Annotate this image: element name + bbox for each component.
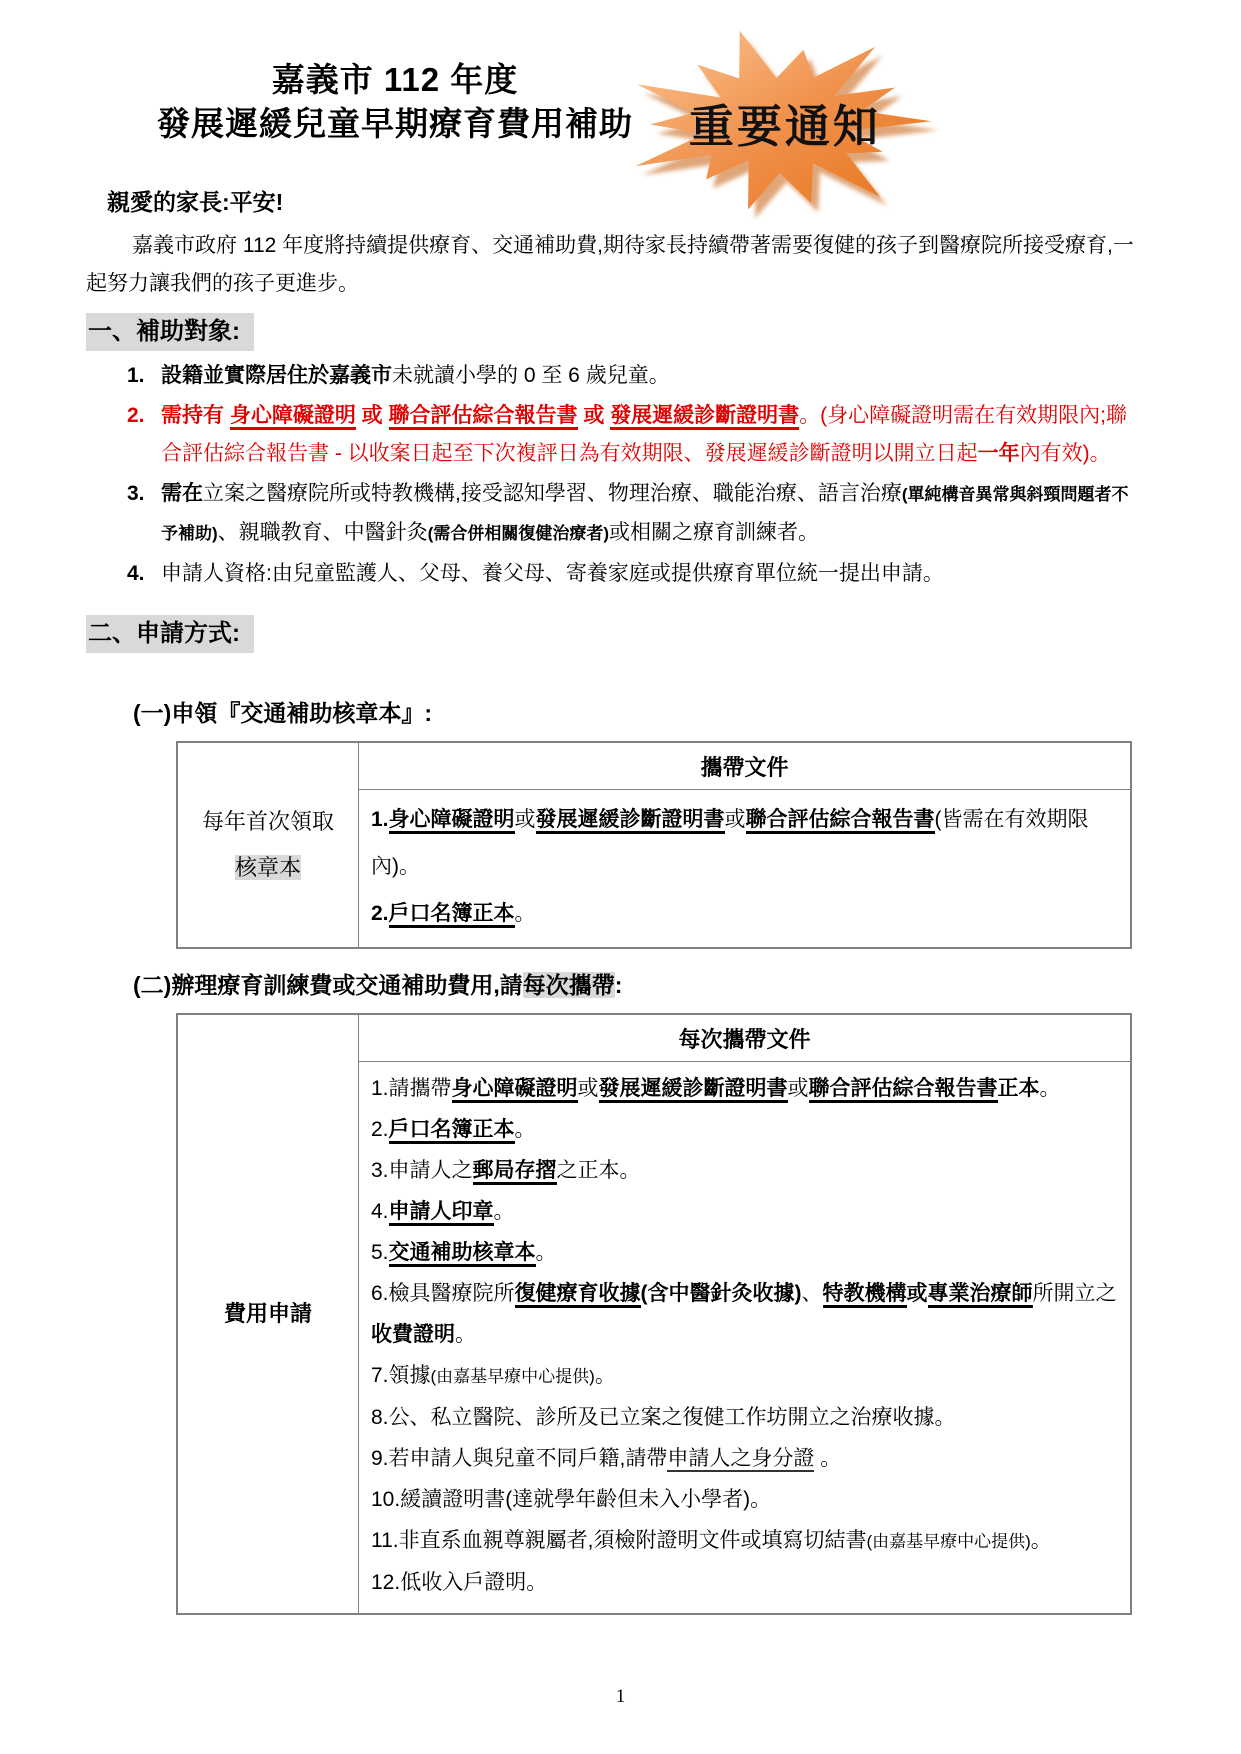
list-item: 3. 需在立案之醫療院所或特教機構,接受認知學習、物理治療、職能治療、語言治療(… [86, 475, 1137, 553]
table-row: 8.公、私立醫院、診所及已立案之復健工作坊開立之治療收據。 [371, 1397, 1122, 1438]
document-page: 嘉義市 112 年度 發展遲緩兒童早期療育費用補助 重要通知 親愛的家長:平安!… [0, 0, 1241, 1754]
sub1-heading: (一)申領『交通補助核章本』: [133, 695, 1137, 728]
section1-list: 1. 設籍並實際居住於嘉義市未就讀小學的 0 至 6 歲兒童。 2. 需持有 身… [86, 357, 1137, 593]
sub2-heading: (二)辦理療育訓練費或交通補助費用,請每次攜帶: [133, 967, 1137, 1000]
list-item: 4. 申請人資格:由兒童監護人、父母、養父母、寄養家庭或提供療育單位統一提出申請… [86, 555, 1137, 593]
greeting-line: 親愛的家長:平安! [107, 184, 1137, 217]
fee-application-table: 費用申請 每次攜帶文件 1.請攜帶身心障礙證明或發展遲緩診斷證明書或聯合評估綜合… [176, 1013, 1132, 1615]
intro-paragraph: 嘉義市政府 112 年度將持續提供療育、交通補助費,期待家長持續帶著需要復健的孩… [86, 227, 1137, 303]
list-item: 1. 設籍並實際居住於嘉義市未就讀小學的 0 至 6 歲兒童。 [86, 357, 1137, 395]
table-row: 12.低收入戶證明。 [371, 1562, 1122, 1603]
table-row: 4.申請人印章。 [371, 1191, 1122, 1232]
item-number: 4. [127, 555, 161, 593]
table-body-cell: 1.身心障礙證明或發展遲緩診斷證明書或聯合評估綜合報告書(皆需在有效期限內)。 … [359, 790, 1132, 949]
section2-heading: 二、申請方式: [86, 615, 1137, 653]
title-line-2: 發展遲緩兒童早期療育費用補助 [110, 102, 680, 146]
item-text: 需在立案之醫療院所或特教機構,接受認知學習、物理治療、職能治療、語言治療(單純構… [161, 475, 1137, 553]
page-title: 嘉義市 112 年度 發展遲緩兒童早期療育費用補助 [110, 58, 680, 145]
table-row: 2.戶口名簿正本。 [371, 1109, 1122, 1150]
item-number: 1. [127, 357, 161, 395]
page-number: 1 [0, 1686, 1241, 1708]
table-header: 攜帶文件 [359, 742, 1132, 790]
document-body: 親愛的家長:平安! 嘉義市政府 112 年度將持續提供療育、交通補助費,期待家長… [86, 184, 1137, 1615]
table-row: 7.領據(由嘉基早療中心提供)。 [371, 1355, 1122, 1397]
table-row: 1.身心障礙證明或發展遲緩診斷證明書或聯合評估綜合報告書(皆需在有效期限內)。 [371, 796, 1122, 890]
table-row: 5.交通補助核章本。 [371, 1232, 1122, 1273]
item-text: 申請人資格:由兒童監護人、父母、養父母、寄養家庭或提供療育單位統一提出申請。 [161, 555, 1137, 593]
item-text: 設籍並實際居住於嘉義市未就讀小學的 0 至 6 歲兒童。 [161, 357, 1137, 395]
table-header: 每次攜帶文件 [359, 1014, 1132, 1062]
table-side-cell: 費用申請 [177, 1014, 359, 1614]
table-row: 3.申請人之郵局存摺之正本。 [371, 1150, 1122, 1191]
item-number: 2. [127, 397, 161, 473]
list-item: 2. 需持有 身心障礙證明 或 聯合評估綜合報告書 或 發展遲緩診斷證明書。(身… [86, 397, 1137, 473]
table-row: 6.檢具醫療院所復健療育收據(含中醫針灸收據)、特教機構或專業治療師所開立之收費… [371, 1273, 1122, 1355]
item-number: 3. [127, 475, 161, 553]
table-body-cell: 1.請攜帶身心障礙證明或發展遲緩診斷證明書或聯合評估綜合報告書正本。 2.戶口名… [359, 1062, 1132, 1615]
table-row: 10.緩讀證明書(達就學年齡但未入小學者)。 [371, 1479, 1122, 1520]
table-row: 11.非直系血親尊親屬者,須檢附證明文件或填寫切結書(由嘉基早療中心提供)。 [371, 1520, 1122, 1562]
title-line-1: 嘉義市 112 年度 [110, 58, 680, 102]
badge-label: 重要通知 [689, 90, 881, 155]
section1-heading: 一、補助對象: [86, 313, 1137, 351]
table-row: 1.請攜帶身心障礙證明或發展遲緩診斷證明書或聯合評估綜合報告書正本。 [371, 1068, 1122, 1109]
table-row: 2.戶口名簿正本。 [371, 890, 1122, 937]
stamp-booklet-table: 每年首次領取 核章本 攜帶文件 1.身心障礙證明或發展遲緩診斷證明書或聯合評估綜… [176, 741, 1132, 949]
table-side-cell: 每年首次領取 核章本 [177, 742, 359, 948]
table-row: 9.若申請人與兒童不同戶籍,請帶申請人之身分證 。 [371, 1438, 1122, 1479]
item-text: 需持有 身心障礙證明 或 聯合評估綜合報告書 或 發展遲緩診斷證明書。(身心障礙… [161, 397, 1137, 473]
